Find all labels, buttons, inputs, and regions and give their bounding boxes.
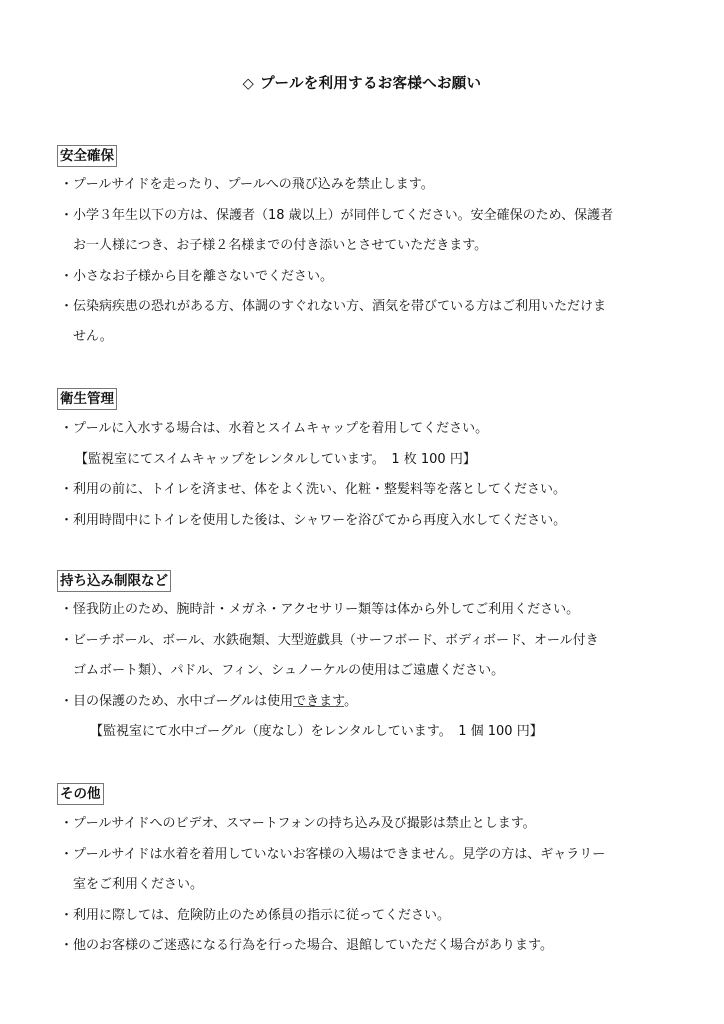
list-item: ・目の保護のため、水中ゴーグルは使用できます。 [60, 693, 357, 711]
section-heading-hygiene: 衛生管理 [57, 388, 117, 410]
list-item: ・利用に際しては、危険防止のため係員の指示に従ってください。 [60, 907, 450, 925]
list-item: ・利用の前に、トイレを済ませ、体をよく洗い、化粧・整髪料等を落としてください。 [60, 481, 566, 499]
section-heading-safety: 安全確保 [57, 145, 117, 167]
section-heading-restrictions: 持ち込み制限など [57, 570, 171, 592]
list-item: ・ビーチボール、ボール、水鉄砲類、大型遊戯具（サーフボード、ボディボード、オール… [60, 632, 599, 650]
rental-note: 【監視室にて水中ゴーグル（度なし）をレンタルしています。 1 個 100 円】 [90, 723, 543, 741]
list-item: ・プールサイドへのビデオ、スマートフォンの持ち込み及び撮影は禁止とします。 [60, 815, 536, 833]
list-item: ・他のお客様のご迷惑になる行為を行った場合、退館していただく場合があります。 [60, 937, 553, 955]
list-item: ・プールサイドを走ったり、プールへの飛び込みを禁止します。 [60, 176, 434, 194]
list-item-continuation: せん。 [73, 328, 113, 346]
list-item: ・怪我防止のため、腕時計・メガネ・アクセサリー類等は体から外してご利用ください。 [60, 601, 579, 619]
page-title: ◇プールを利用するお客様へお願い [0, 72, 724, 93]
list-item-continuation: 室をご利用ください。 [73, 876, 203, 894]
list-item-continuation: ゴムボート類）、パドル、フィン、シュノーケルの使用はご遠慮ください。 [73, 662, 504, 680]
underlined-text: できます [293, 694, 344, 709]
section-heading-other: その他 [57, 783, 104, 805]
list-item: ・プールに入水する場合は、水着とスイムキャップを着用してください。 [60, 420, 488, 438]
diamond-icon: ◇ [243, 76, 254, 92]
list-item: ・プールサイドは水着を着用していないお客様の入場はできません。見学の方は、ギャラ… [60, 846, 605, 864]
goggles-text: ・目の保護のため、水中ゴーグルは使用 [60, 694, 293, 709]
list-item: ・伝染病疾患の恐れがある方、体調のすぐれない方、酒気を帯びている方はご利用いただ… [60, 298, 606, 316]
title-text: プールを利用するお客様へお願い [260, 76, 481, 92]
rental-note: 【監視室にてスイムキャップをレンタルしています。 1 枚 100 円】 [75, 451, 476, 469]
period: 。 [344, 694, 357, 709]
list-item: ・小さなお子様から目を離さないでください。 [60, 268, 333, 286]
list-item: ・小学３年生以下の方は、保護者（18 歳以上）が同伴してください。安全確保のため… [60, 207, 613, 225]
list-item: ・利用時間中にトイレを使用した後は、シャワーを浴びてから再度入水してください。 [60, 512, 566, 530]
list-item-continuation: お一人様につき、お子様２名様までの付き添いとさせていただきます。 [73, 237, 487, 255]
